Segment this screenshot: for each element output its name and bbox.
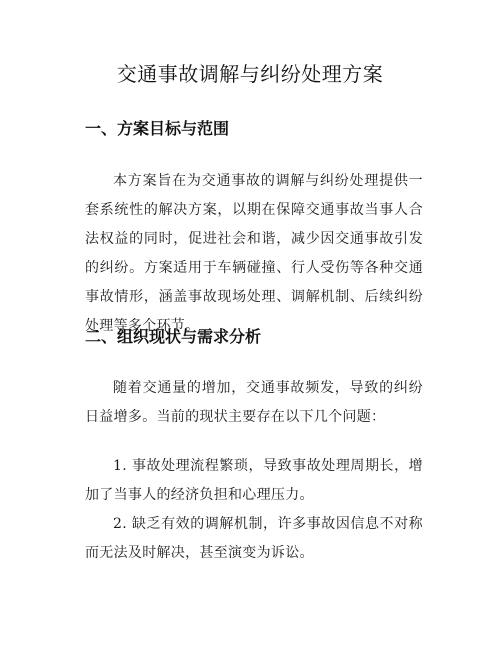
document-title: 交通事故调解与纠纷处理方案 bbox=[0, 60, 500, 88]
section-paragraph: 本方案旨在为交通事故的调解与纠纷处理提供一套系统性的解决方案，以期在保障交通事故… bbox=[85, 167, 423, 341]
section-heading-status-analysis: 二、组织现状与需求分析 bbox=[85, 326, 261, 348]
list-item: 2. 缺乏有效的调解机制，许多事故因信息不对称而无法及时解决，甚至演变为诉讼。 bbox=[85, 510, 423, 568]
section-heading-goals-scope: 一、方案目标与范围 bbox=[85, 118, 229, 140]
section-paragraph: 随着交通量的增加，交通事故频发，导致的纠纷日益增多。当前的现状主要存在以下几个问… bbox=[85, 374, 423, 432]
list-item: 1. 事故处理流程繁琐，导致事故处理周期长，增加了当事人的经济负担和心理压力。 bbox=[85, 452, 423, 510]
document-page: 交通事故调解与纠纷处理方案 一、方案目标与范围 本方案旨在为交通事故的调解与纠纷… bbox=[0, 0, 500, 647]
